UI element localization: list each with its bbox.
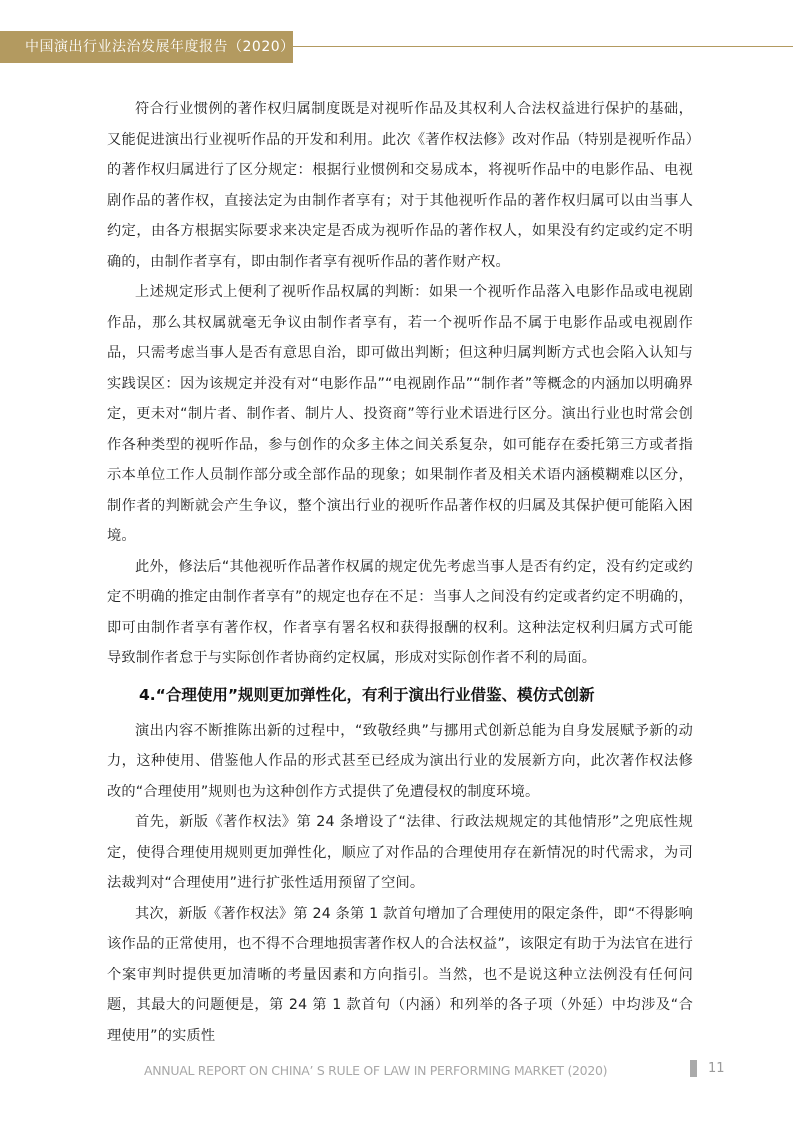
paragraph: 演出内容不断推陈出新的过程中，“致敬经典”与挪用式创新总能为自身发展赋予新的动力… bbox=[107, 716, 693, 808]
report-title: 中国演出行业法治发展年度报告（2020） bbox=[25, 31, 295, 63]
footer-marker-bar bbox=[690, 1060, 697, 1077]
section-heading: 4.“合理使用”规则更加弹性化，有利于演出行业借鉴、模仿式创新 bbox=[107, 678, 693, 712]
paragraph: 上述规定形式上便利了视听作品权属的判断：如果一个视听作品落入电影作品或电视剧作品… bbox=[107, 277, 693, 552]
paragraph: 其次，新版《著作权法》第 24 条第 1 款首句增加了合理使用的限定条件，即“不… bbox=[107, 899, 693, 1052]
header-rule bbox=[293, 46, 793, 47]
page-number: 11 bbox=[708, 1061, 725, 1076]
paragraph: 此外，修法后“其他视听作品著作权属的规定优先考虑当事人是否有约定，没有约定或约定… bbox=[107, 552, 693, 674]
footer-running-title: ANNUAL REPORT ON CHINA’ S RULE OF LAW IN… bbox=[144, 1063, 607, 1078]
header-band: 中国演出行业法治发展年度报告（2020） bbox=[0, 31, 293, 63]
paragraph: 符合行业惯例的著作权归属制度既是对视听作品及其权利人合法权益进行保护的基础，又能… bbox=[107, 94, 693, 277]
page-body: 符合行业惯例的著作权归属制度既是对视听作品及其权利人合法权益进行保护的基础，又能… bbox=[107, 94, 693, 1051]
paragraph: 首先，新版《著作权法》第 24 条增设了“法律、行政法规规定的其他情形”之兜底性… bbox=[107, 807, 693, 899]
